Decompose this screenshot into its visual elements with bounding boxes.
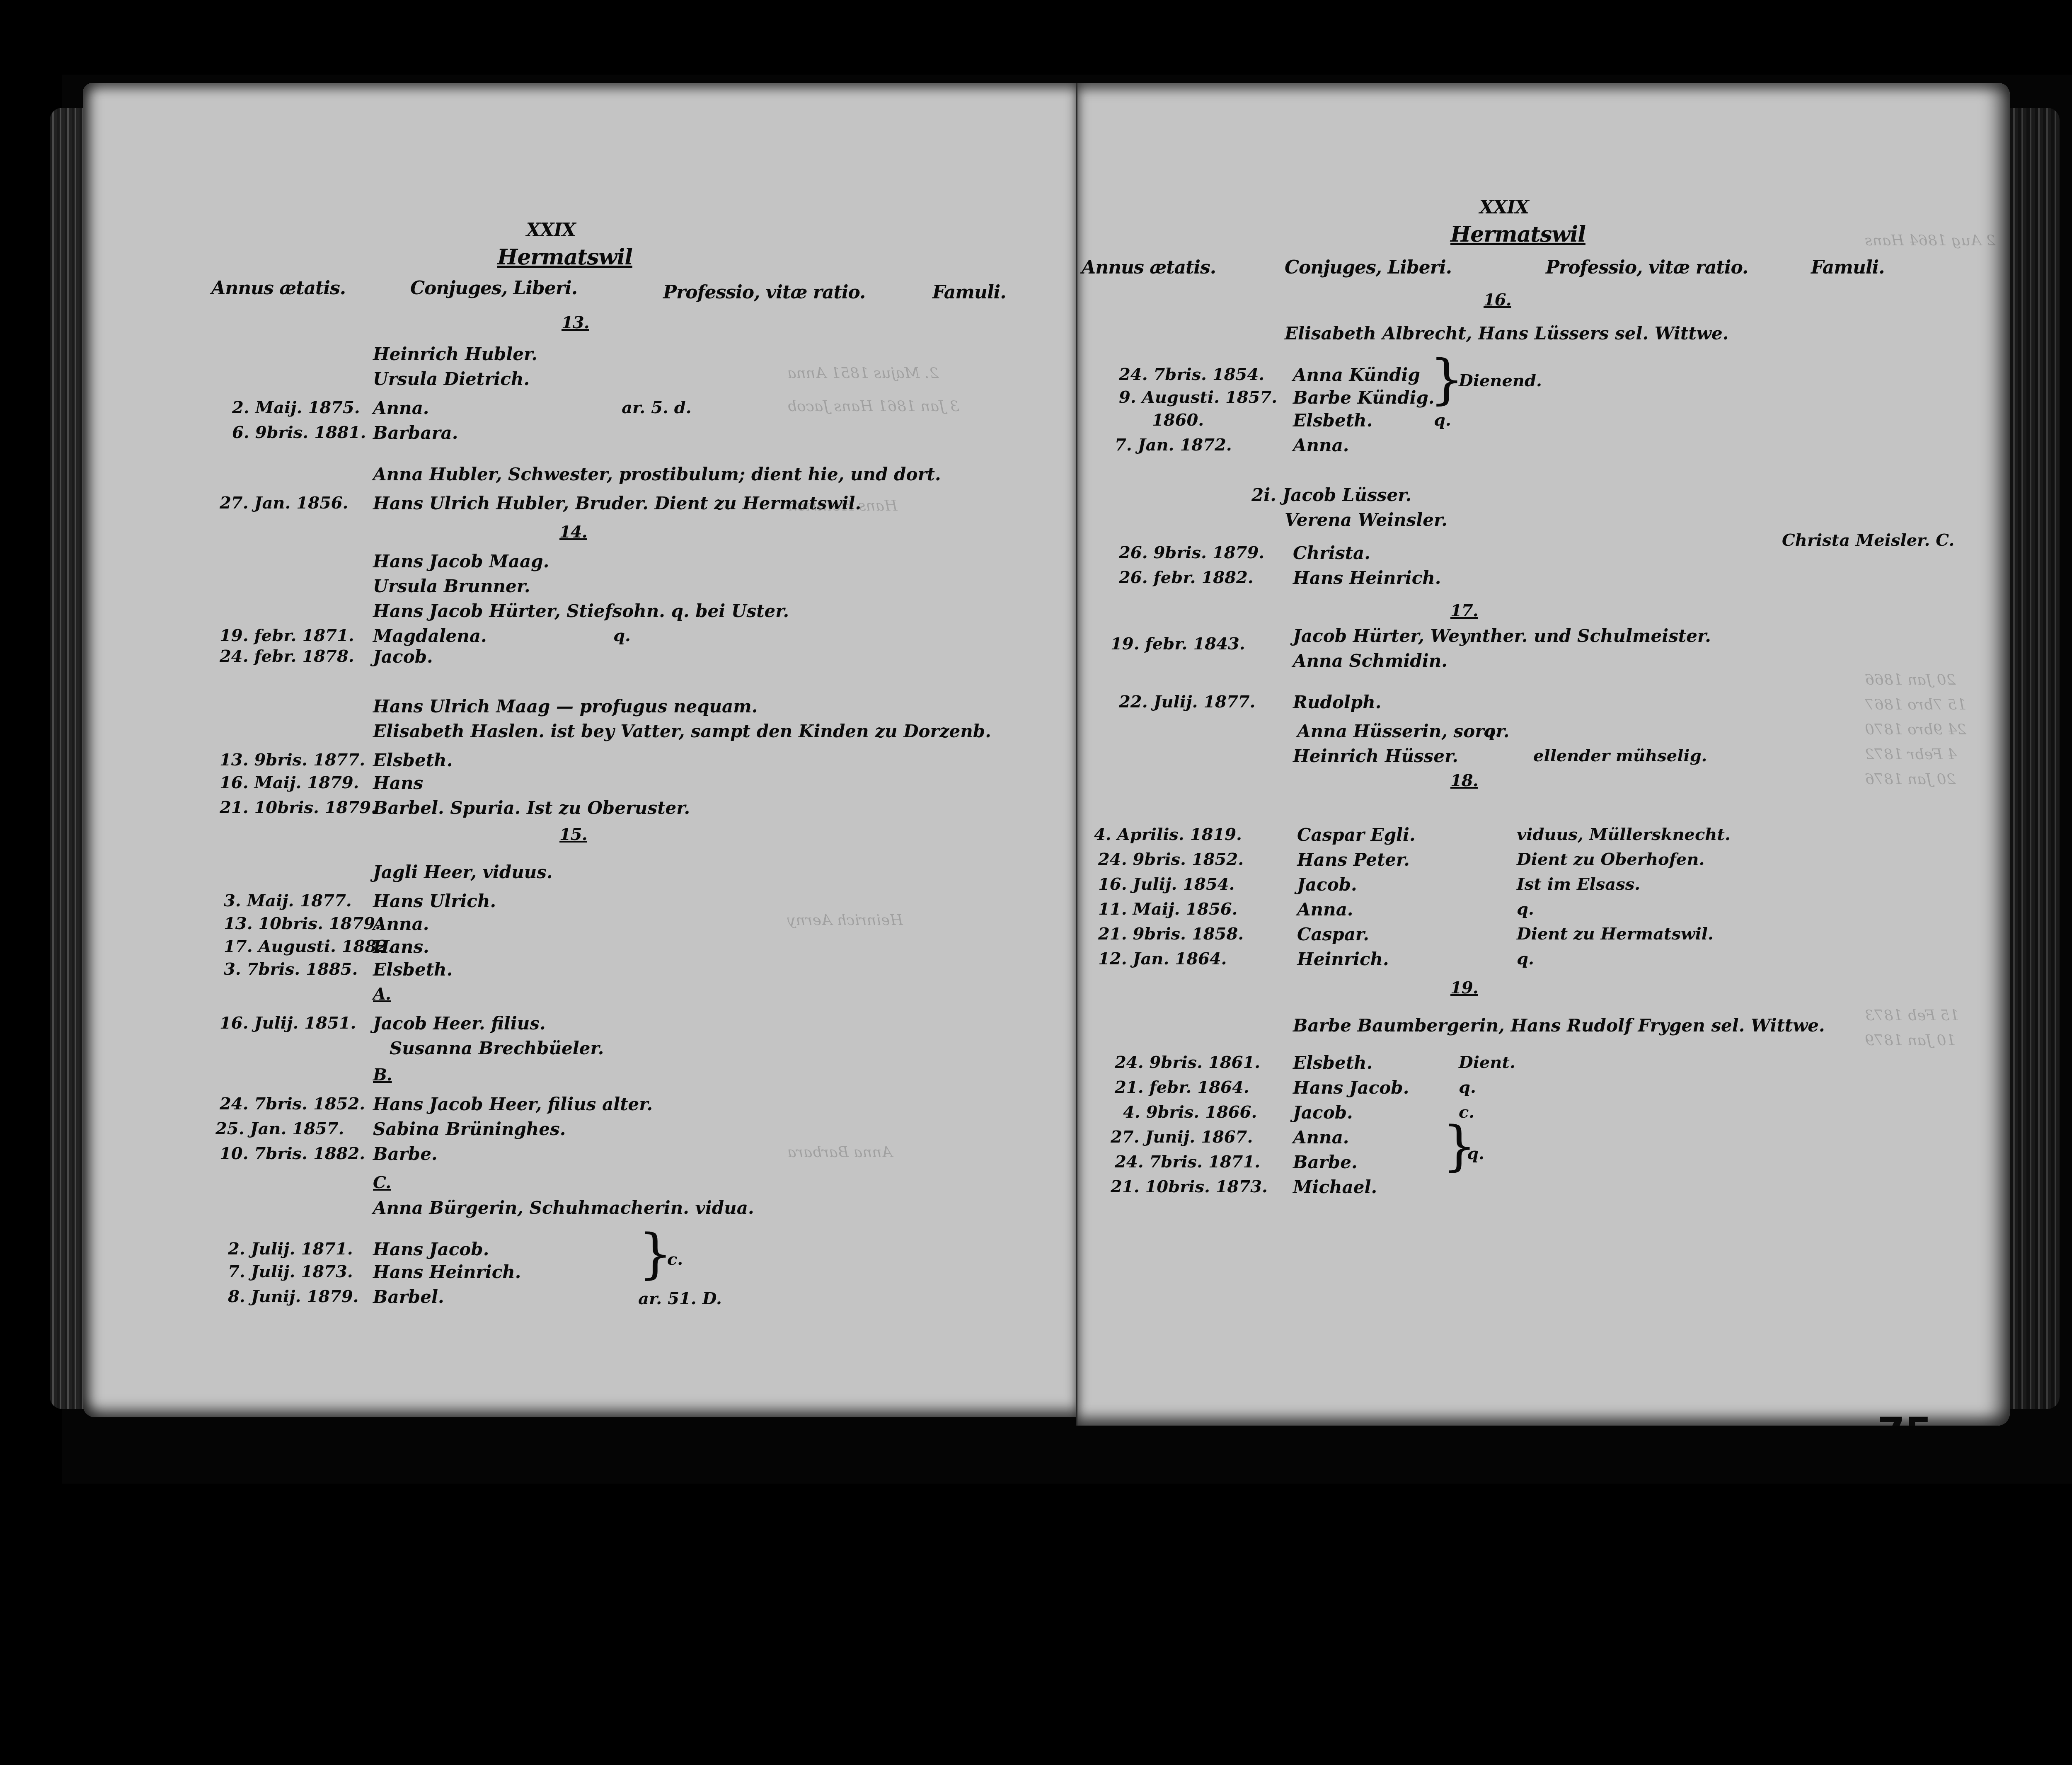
bleed-through-text: 15 Feb 1873 <box>1865 1007 1959 1024</box>
birth-date: 24. 7bris. 1852. <box>220 1094 365 1114</box>
bleed-through-text: 10 Jan 1879 <box>1865 1032 1956 1049</box>
birth-date: 26. 9bris. 1879. <box>1119 543 1264 562</box>
birth-date: 24. febr. 1878. <box>220 646 354 666</box>
birth-date: 24. 7bris. 1854. <box>1119 365 1264 384</box>
child-name: Hans Heinrich. <box>1293 568 1441 588</box>
relative-entry: Elisabeth Haslen. ist bey Vatter, sampt … <box>373 721 991 741</box>
birth-date: 25. Jan. 1857. <box>215 1119 344 1138</box>
child-name: Anna. <box>1293 1127 1349 1148</box>
child-name: Elsbeth. <box>1293 410 1372 431</box>
birth-date: 27. Junij. 1867. <box>1111 1127 1253 1147</box>
child-name: Barbe. <box>373 1144 438 1164</box>
left-page: 2. Majus 1851 Anna 3 Jan 1861 Hans Jacob… <box>83 83 1077 1417</box>
section-number: 17. <box>1450 601 1478 620</box>
entry-note: Dienend. <box>1459 371 1542 390</box>
birth-date: 6. 9bris. 1881. <box>232 423 366 442</box>
famuli-entry: Christa Meisler. C. <box>1782 530 1954 550</box>
birth-date: 21. 9bris. 1858. <box>1098 924 1244 944</box>
bleed-through-text: Anna Barbara <box>787 1144 893 1161</box>
parent-name: Hans Jacob Maag. <box>373 551 549 571</box>
section-number: 16. <box>1484 290 1511 310</box>
child-name: Caspar. <box>1297 924 1369 944</box>
section-number: 18. <box>1450 771 1478 790</box>
section-letter: A. <box>373 984 391 1004</box>
child-name: Hans Jacob Heer, filius alter. <box>373 1094 653 1114</box>
bleed-through-text: 2 Aug 1864 Hans <box>1865 232 1996 249</box>
entry-note: q. <box>1467 1144 1484 1163</box>
entry-note: Dient. <box>1459 1053 1515 1072</box>
child-name: Anna. <box>373 914 429 934</box>
bleed-through-text: 20 Jan 1866 <box>1865 671 1956 688</box>
entry-note: ar. 5. d. <box>622 398 692 417</box>
parent-name: Ursula Brunner. <box>373 576 530 596</box>
child-name: Barbara. <box>373 423 458 443</box>
entry-note: c. <box>667 1249 683 1269</box>
birth-date: 12. Jan. 1864. <box>1098 949 1227 968</box>
birth-date: 7. Julij. 1873. <box>228 1262 353 1281</box>
child-name: Hans <box>373 773 423 793</box>
bleed-through-text: 4 Febr 1872 <box>1865 746 1957 763</box>
bleed-through-text: Heinrich Aerny <box>787 912 903 929</box>
birth-date: 7. Jan. 1872. <box>1115 435 1232 455</box>
child-name: Hans. <box>373 937 429 957</box>
entry-note: ellender mühselig. <box>1533 746 1707 765</box>
entry-note: Dient zu Hermatswil. <box>1517 924 1714 944</box>
birth-date: 13. 9bris. 1877. <box>220 750 365 770</box>
birth-date: 21. 10bris. 1873. <box>1111 1177 1268 1196</box>
child-name: Hans Jacob. <box>1293 1077 1409 1098</box>
birth-date: 16. Julij. 1851. <box>220 1013 356 1033</box>
birth-date: 3. Maij. 1877. <box>224 891 352 910</box>
child-name: Christa. <box>1293 543 1370 563</box>
parent-name: Jagli Heer, viduus. <box>373 862 553 882</box>
child-name: Jacob Heer. filius. <box>373 1013 546 1034</box>
birth-date: 10. 7bris. 1882. <box>220 1144 365 1163</box>
parent-name: Ursula Dietrich. <box>373 369 530 389</box>
child-name: Elsbeth. <box>373 750 453 770</box>
left-page-edge <box>50 108 83 1409</box>
child-name: Elsbeth. <box>373 959 453 980</box>
child-name: Hans Heinrich. <box>373 1262 521 1282</box>
birth-date: 13. 10bris. 1879. <box>224 914 381 933</box>
entry-note: q. <box>1517 949 1534 968</box>
birth-date: 17. Augusti. 1882. <box>224 937 394 956</box>
parent-name: Anna Schmidin. <box>1293 651 1447 671</box>
bleed-through-text: 24 9bro 1870 <box>1865 721 1966 738</box>
birth-date: 24. 9bris. 1852. <box>1098 850 1244 869</box>
heading-numeral: XXIX <box>526 220 576 241</box>
stepson-entry: Hans Jacob Hürter, Stiefsohn. q. bei Ust… <box>373 601 789 621</box>
entry-note: q. <box>1434 410 1451 430</box>
relative-entry: Anna Hüsserin, soror. <box>1297 721 1509 741</box>
column-header-famuli: Famuli. <box>1811 257 1885 278</box>
child-name: Anna. <box>1293 435 1349 455</box>
birth-date: 4. Aprilis. 1819. <box>1094 825 1242 844</box>
column-header-famuli: Famuli. <box>932 282 1006 303</box>
child-name: Jacob. <box>373 646 433 667</box>
child-name: Barbe. <box>1293 1152 1358 1172</box>
birth-date: 24. 7bris. 1871. <box>1115 1152 1260 1172</box>
child-name: Barbel. <box>373 1287 444 1307</box>
parent-name: 2i. Jacob Lüsser. <box>1251 485 1411 505</box>
section-number: 14. <box>559 522 587 542</box>
column-header-conjuges: Conjuges, Liberi. <box>410 278 577 299</box>
child-name: Michael. <box>1293 1177 1377 1197</box>
spouse-name: Sabina Brüninghes. <box>373 1119 566 1139</box>
bleed-through-text: 2. Majus 1851 Anna <box>787 365 939 382</box>
entry-note: Ist im Elsass. <box>1517 874 1640 894</box>
child-name: Barbel. Spuria. Ist zu Oberuster. <box>373 798 690 818</box>
relative-entry: Heinrich Hüsser. <box>1293 746 1458 766</box>
birth-date: 24. 9bris. 1861. <box>1115 1053 1260 1072</box>
child-name: Jacob. <box>1293 1102 1353 1123</box>
child-name: Anna. <box>1297 899 1353 920</box>
column-header-annus: Annus ætatis. <box>1082 257 1216 278</box>
parent-name: Barbe Baumbergerin, Hans Rudolf Frygen s… <box>1293 1015 1825 1036</box>
bleed-through-text: 20 Jan 1876 <box>1865 771 1956 788</box>
birth-date: 21. 10bris. 1879. <box>220 798 377 817</box>
relative-entry: Hans Ulrich Maag — profugus nequam. <box>373 696 758 717</box>
entry-note: q. <box>1484 721 1501 741</box>
child-name: Elsbeth. <box>1293 1053 1372 1073</box>
birth-date: 16. Julij. 1854. <box>1098 874 1235 894</box>
parent-name: Verena Weinsler. <box>1285 510 1447 530</box>
child-name: Anna Kündig <box>1293 365 1420 385</box>
folio-number: 75 <box>1877 1409 1933 1426</box>
birth-date: 19. febr. 1843. <box>1111 634 1245 654</box>
birth-date: 3. 7bris. 1885. <box>224 959 358 979</box>
column-header-conjuges: Conjuges, Liberi. <box>1285 257 1452 278</box>
child-name: Anna. <box>373 398 429 418</box>
right-page-edge <box>2010 108 2060 1409</box>
parent-name: Anna Bürgerin, Schuhmacherin. vidua. <box>373 1198 754 1218</box>
column-header-professio: Professio, vitæ ratio. <box>1546 257 1748 278</box>
entry-note: q. <box>613 626 631 645</box>
birth-date: 2. Maij. 1875. <box>232 398 360 417</box>
birth-date: 8. Junij. 1879. <box>228 1287 359 1306</box>
child-name: Hans Peter. <box>1297 850 1410 870</box>
child-name: Magdalena. <box>373 626 487 646</box>
parent-name: Caspar Egli. <box>1297 825 1416 845</box>
child-name: Barbe Kündig. <box>1293 387 1435 408</box>
birth-date: 19. febr. 1871. <box>220 626 354 645</box>
section-number: 13. <box>562 313 589 332</box>
section-number: 19. <box>1450 978 1478 998</box>
birth-date: 11. Maij. 1856. <box>1098 899 1237 919</box>
heading-numeral: XXIX <box>1479 197 1529 218</box>
section-number: 15. <box>559 825 587 844</box>
birth-date: 16. Maij. 1879. <box>220 773 359 792</box>
section-letter: B. <box>373 1065 392 1085</box>
birth-date: 1860. <box>1152 410 1204 430</box>
right-page: 2 Aug 1864 Hans 20 Jan 1866 15 7bro 1867… <box>1077 83 2010 1426</box>
birth-date: 26. febr. 1882. <box>1119 568 1254 587</box>
entry-note: viduus, Müllersknecht. <box>1517 825 1731 844</box>
bleed-through-text: 3 Jan 1861 Hans Jacob <box>787 398 959 415</box>
birth-date: 9. Augusti. 1857. <box>1119 387 1277 407</box>
relative-entry: Anna Hubler, Schwester, prostibulum; die… <box>373 464 941 484</box>
spouse-name: Susanna Brechbüeler. <box>390 1038 604 1058</box>
bleed-through-text: 15 7bro 1867 <box>1865 696 1966 713</box>
heading-title: Hermatswil <box>1450 222 1585 247</box>
entry-note: q. <box>1517 899 1534 919</box>
birth-date: 4. 9bris. 1866. <box>1123 1102 1257 1122</box>
relative-entry: Hans Ulrich Hubler, Bruder. Dient zu Her… <box>373 493 861 513</box>
birth-date: 21. febr. 1864. <box>1115 1077 1249 1097</box>
birth-date: 2. Julij. 1871. <box>228 1239 353 1259</box>
entry-note: q. <box>1459 1077 1476 1097</box>
section-letter: C. <box>373 1173 391 1192</box>
birth-date: 22. Julij. 1877. <box>1119 692 1256 712</box>
parent-name: Elisabeth Albrecht, Hans Lüssers sel. Wi… <box>1285 323 1728 344</box>
child-name: Jacob. <box>1297 874 1357 895</box>
child-name: Rudolph. <box>1293 692 1381 712</box>
heading-title: Hermatswil <box>497 245 632 270</box>
parent-name: Jacob Hürter, Weynther. und Schulmeister… <box>1293 626 1711 646</box>
entry-note: ar. 51. D. <box>638 1289 722 1308</box>
child-name: Heinrich. <box>1297 949 1389 969</box>
child-name: Hans Ulrich. <box>373 891 496 911</box>
column-header-annus: Annus ætatis. <box>211 278 346 299</box>
child-name: Hans Jacob. <box>373 1239 489 1259</box>
column-header-professio: Professio, vitæ ratio. <box>663 282 865 303</box>
parent-name: Heinrich Hubler. <box>373 344 537 364</box>
entry-note: Dient zu Oberhofen. <box>1517 850 1704 869</box>
birth-date: 27. Jan. 1856. <box>220 493 349 513</box>
